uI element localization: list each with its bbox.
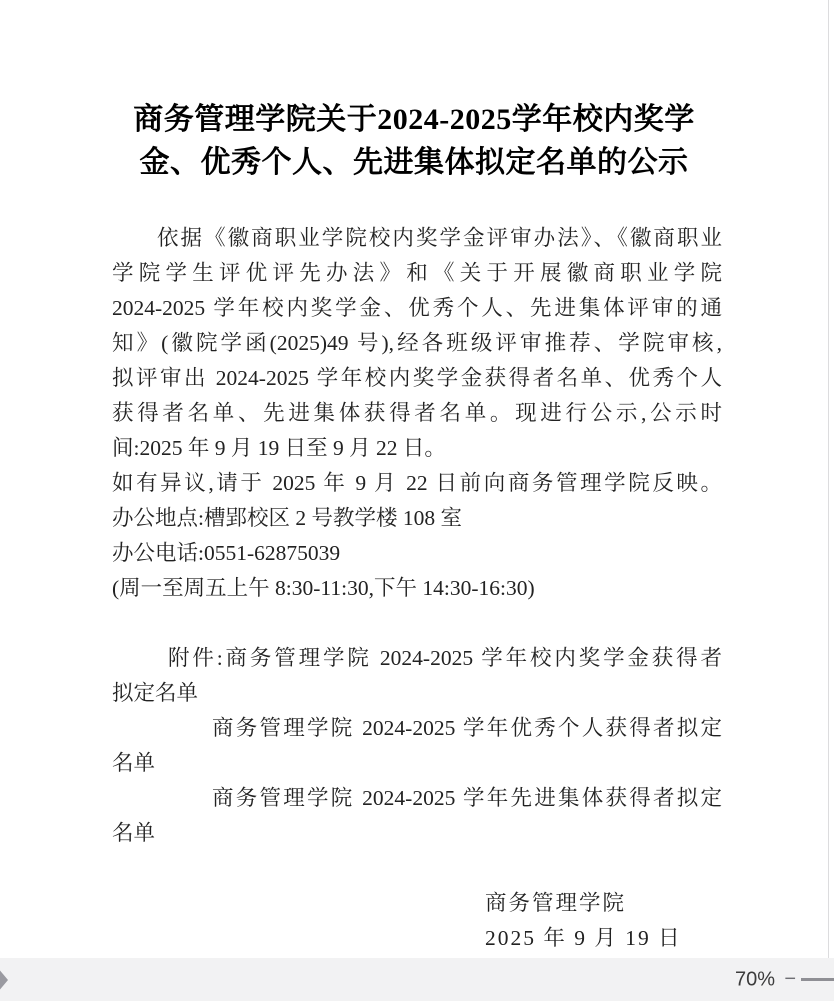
document-title-line1: 商务管理学院关于2024-2025学年校内奖学 [0, 98, 828, 141]
status-bar: 70% − [0, 958, 834, 1001]
body-line: 依据《徽商职业学院校内奖学金评审办法》、《徽商职业 [112, 221, 722, 256]
document-title-line2: 金、优秀个人、先进集体拟定名单的公示 [0, 141, 828, 184]
document-title: 商务管理学院关于2024-2025学年校内奖学 金、优秀个人、先进集体拟定名单的… [0, 98, 828, 184]
signature-org: 商务管理学院 [485, 886, 722, 921]
blank-line [112, 851, 722, 886]
body-line: 如有异议,请于 2025 年 9 月 22 日前向商务管理学院反映。 [112, 466, 722, 501]
body-line: 办公电话:0551-62875039 [112, 536, 722, 571]
body-line: 获得者名单、先进集体获得者名单。现进行公示,公示时 [112, 396, 722, 431]
zoom-level-label[interactable]: 70% [735, 968, 775, 991]
zoom-out-button[interactable]: − [784, 968, 796, 991]
attachment-line: 商务管理学院 2024-2025 学年优秀个人获得者拟定 [112, 711, 722, 746]
sidebar-expand-arrow-icon[interactable] [0, 967, 8, 993]
body-line: 2024-2025 学年校内奖学金、优秀个人、先进集体评审的通 [112, 291, 722, 326]
attachment-line: 名单 [112, 816, 722, 851]
body-line: 知》(徽院学函(2025)49 号),经各班级评审推荐、学院审核, [112, 326, 722, 361]
attachment-line: 附件:商务管理学院 2024-2025 学年校内奖学金获得者 [112, 641, 722, 676]
signature-date: 2025 年 9 月 19 日 [485, 921, 722, 956]
body-line: 办公地点:槽郢校区 2 号教学楼 108 室 [112, 501, 722, 536]
attachment-line: 商务管理学院 2024-2025 学年先进集体获得者拟定 [112, 781, 722, 816]
attachment-line: 拟定名单 [112, 676, 722, 711]
zoom-slider[interactable] [801, 978, 834, 981]
attachment-line: 名单 [112, 746, 722, 781]
body-line: (周一至周五上午 8:30-11:30,下午 14:30-16:30) [112, 571, 722, 606]
body-line: 拟评审出 2024-2025 学年校内奖学金获得者名单、优秀个人 [112, 361, 722, 396]
body-line: 间:2025 年 9 月 19 日至 9 月 22 日。 [112, 431, 722, 466]
page-edge-divider [828, 0, 829, 958]
document-body: 依据《徽商职业学院校内奖学金评审办法》、《徽商职业 学院学生评优评先办法》和《关… [112, 221, 722, 956]
document-page: 商务管理学院关于2024-2025学年校内奖学 金、优秀个人、先进集体拟定名单的… [0, 0, 834, 958]
blank-line [112, 606, 722, 641]
body-line: 学院学生评优评先办法》和《关于开展徽商职业学院 [112, 256, 722, 291]
